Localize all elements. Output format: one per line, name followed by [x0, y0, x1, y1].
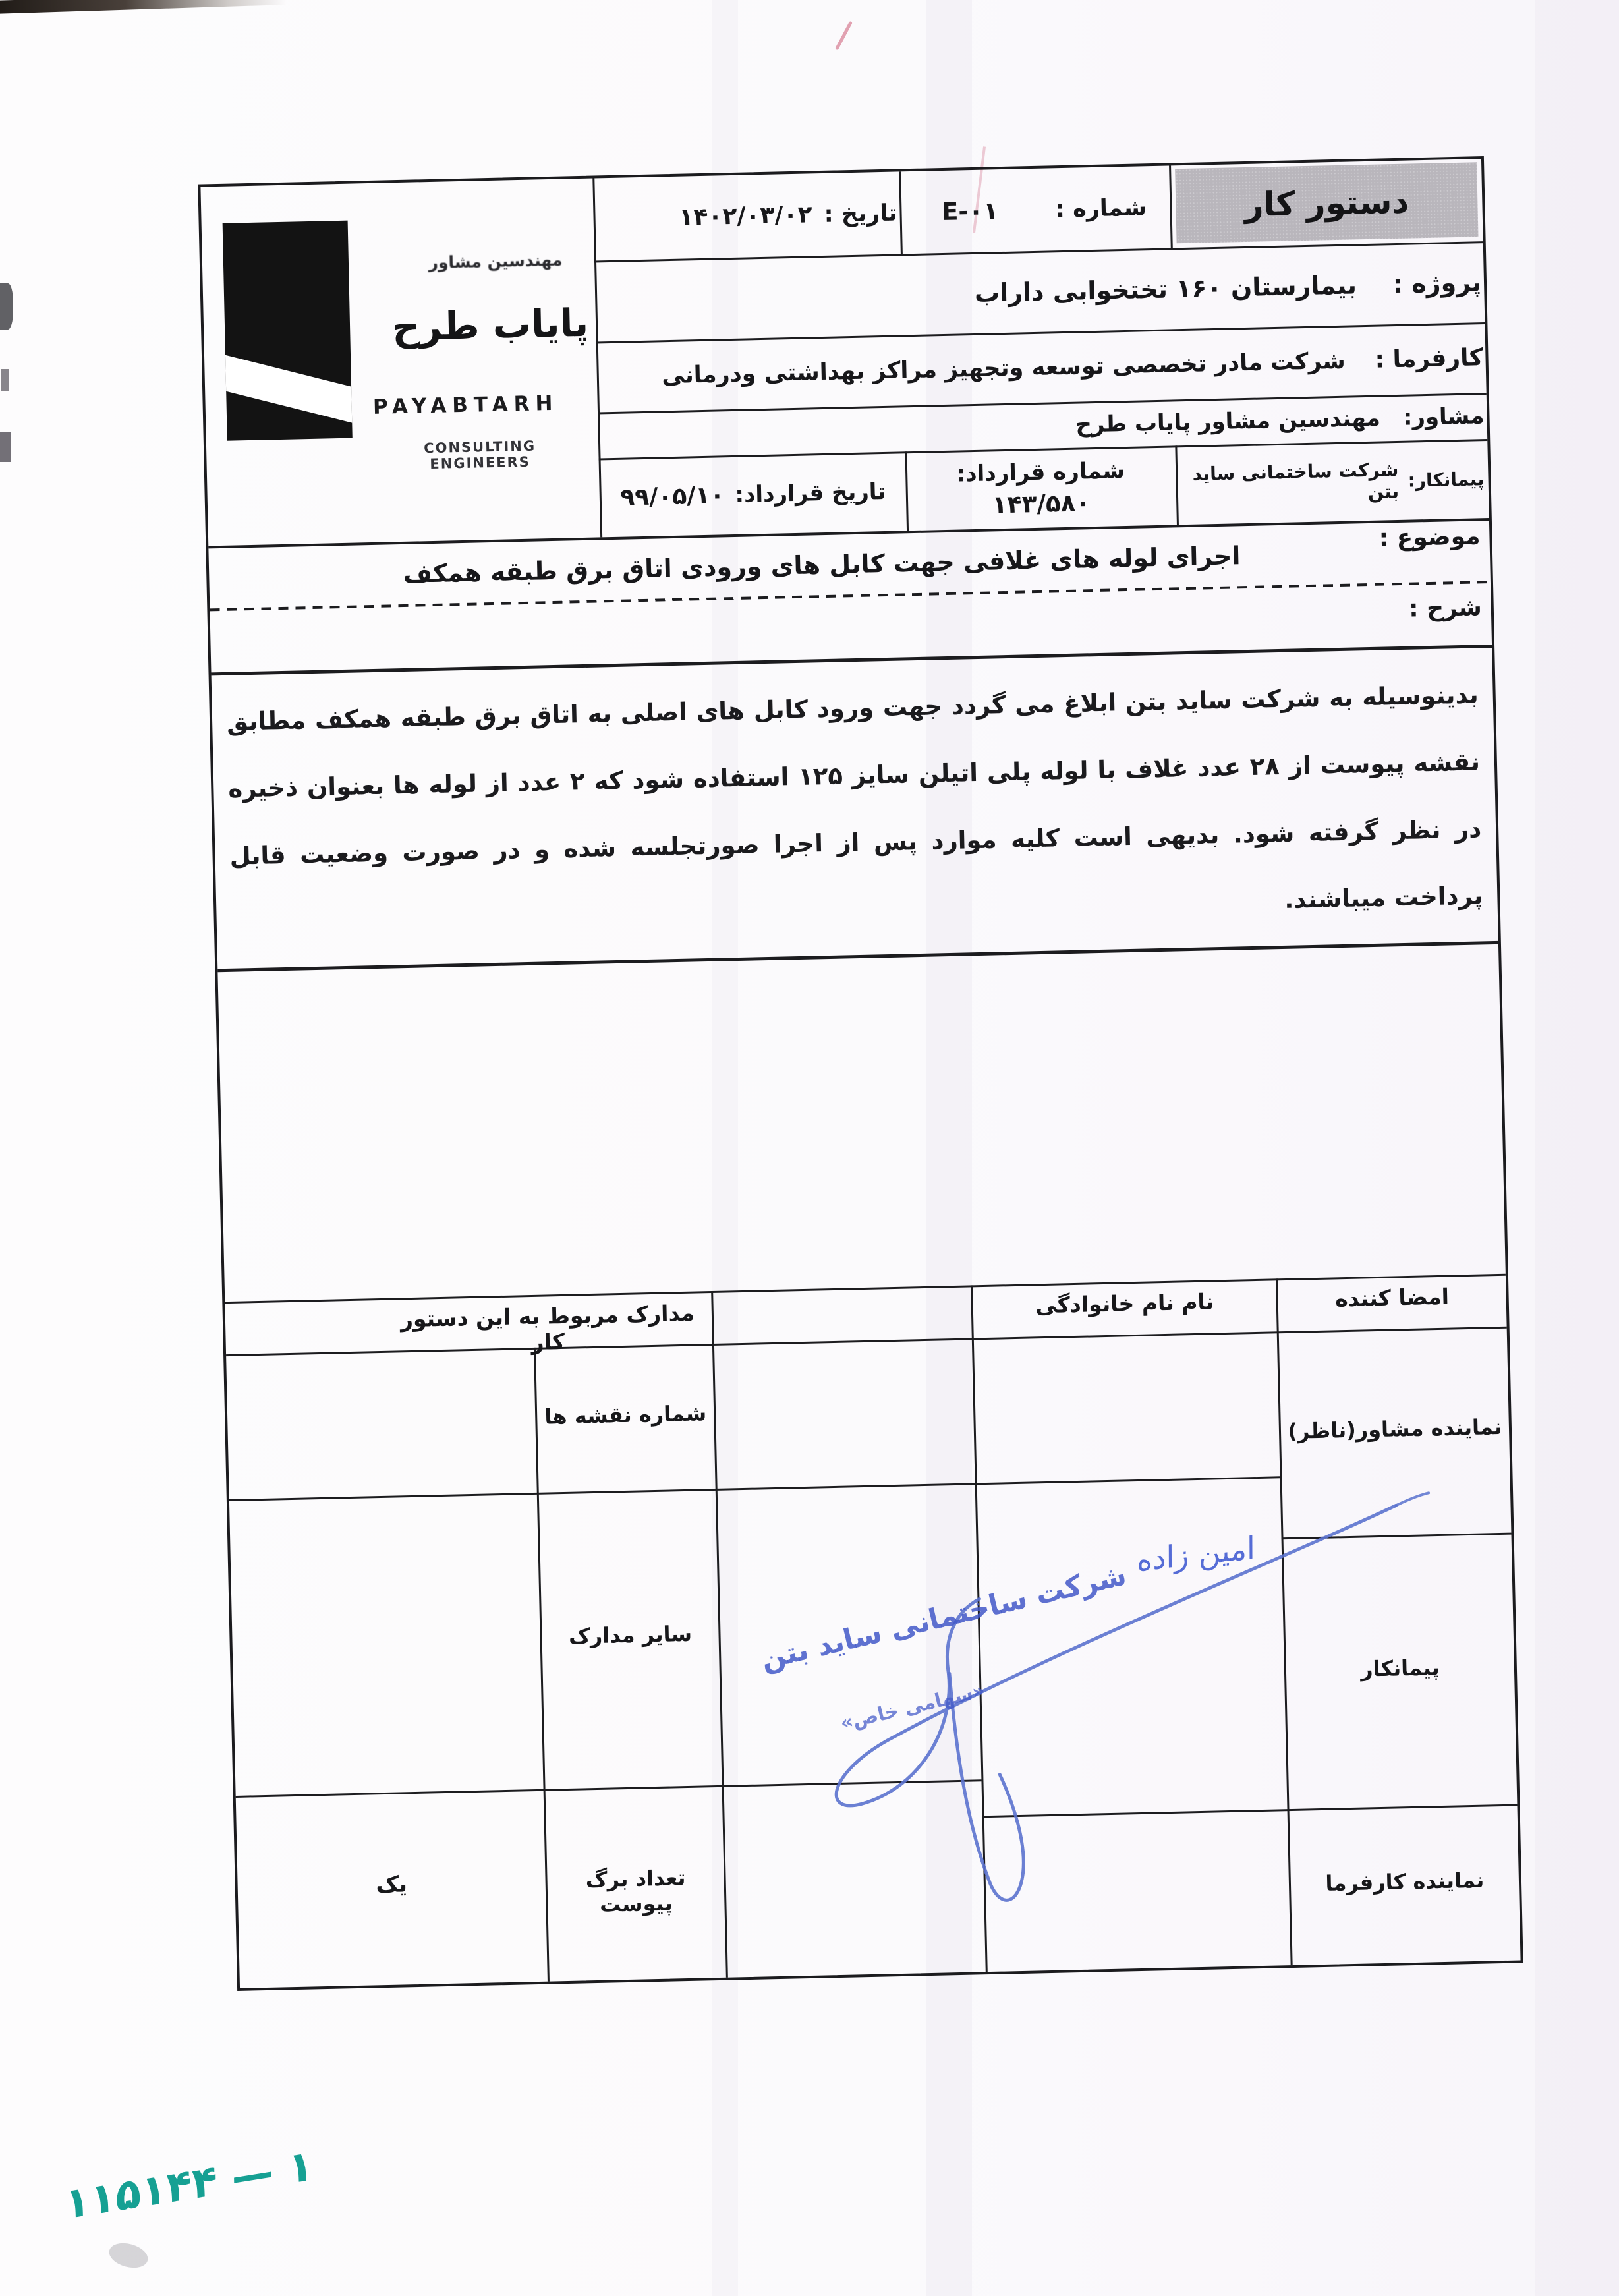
red-scratch-mark [835, 21, 853, 51]
scan-band-right-tint [1535, 0, 1619, 2296]
doc-value-attachment-count: یک [237, 1868, 546, 1901]
contract-date-value: ۹۹/۰۵/۱۰ [620, 482, 725, 511]
contract-date-label: تاریخ قرارداد: [735, 478, 886, 508]
client-value: شرکت مادر تخصصی توسعه وتجهیز مراکز بهداش… [662, 347, 1346, 389]
consultant-value: مهندسین مشاور پایاب طرح [1075, 405, 1380, 438]
number-value: E-۰۱ [942, 196, 999, 226]
number-label: شماره : [1055, 194, 1147, 223]
logo-latin-sub: CONSULTING ENGINEERS [371, 437, 589, 473]
edge-fragment [1, 369, 9, 391]
doc-value-drawing-numbers [227, 1404, 535, 1411]
contract-date-cell: تاریخ قرارداد: ۹۹/۰۵/۱۰ [602, 451, 905, 537]
consultant-label: مشاور: [1403, 403, 1485, 431]
number-cell: شماره : E-۰۱ [904, 165, 1184, 254]
notes-empty-area [217, 944, 1505, 1302]
doc-label-drawing-numbers: شماره نقشه ها [537, 1400, 714, 1429]
handwritten-ref-number: ۱۱۵۱۴۴ — ۱ [65, 2127, 404, 2229]
contract-number-label: شماره قرارداد: [956, 457, 1125, 488]
signature-scribble [650, 1431, 1465, 1995]
contractor-label: پیمانکار: [1407, 468, 1485, 492]
project-value: بیمارستان ۱۶۰ تختخوابی داراب [974, 270, 1357, 308]
page-title: دستور کار [1244, 182, 1409, 223]
grid-line [1175, 445, 1179, 525]
edge-fragment [0, 432, 11, 462]
description-paragraph: بدینوسیله به شرکت ساید بتن ابلاغ می گردد… [226, 661, 1483, 956]
date-label: تاریخ : [824, 200, 897, 227]
description-label: شرح : [1273, 594, 1482, 625]
project-label: پروژه : [1392, 268, 1481, 299]
docs-column-header: مدارک مربوط به این دستور کار [383, 1300, 713, 1358]
signer-column-header: امضا کننده [1278, 1282, 1506, 1313]
date-cell: تاریخ : ۱۴۰۲/۰۳/۰۲ [596, 171, 915, 260]
edge-fragment [0, 283, 13, 330]
contractor-cell: پیمانکار: شرکت ساختمانی ساید بتن [1180, 439, 1491, 525]
work-order-form: دستور کار شماره : E-۰۱ تاریخ : ۱۴۰۲/۰۳/۰… [198, 156, 1523, 1991]
subject-value: اجرای لوله های غلافی جهت کابل های ورودی … [374, 540, 1270, 589]
contract-number-cell: شماره قرارداد: ۱۴۳/۵۸۰ [908, 445, 1174, 531]
logo-latin-name: PAYABTARH [356, 391, 575, 419]
name-column-header: نام نام خانوادگی [973, 1287, 1276, 1319]
subject-label: موضوع : [1272, 523, 1481, 554]
doc-value-other-documents [232, 1624, 540, 1631]
client-label: کارفرما : [1375, 344, 1483, 374]
bottom-smudge [106, 2239, 150, 2272]
scan-streak-top-left [0, 0, 287, 14]
contractor-value: شرکت ساختمانی ساید بتن [1181, 459, 1400, 507]
logo-fa-small: مهندسین مشاور [400, 250, 592, 273]
work-order-title-cell: دستور کار [1175, 162, 1478, 243]
scanned-work-order-page: دستور کار شماره : E-۰۱ تاریخ : ۱۴۰۲/۰۳/۰… [0, 0, 1619, 2296]
payabtarh-logo-mark [223, 221, 356, 441]
logo-fa-large: پایاب طرح [387, 301, 592, 350]
contract-number-value: ۱۴۳/۵۸۰ [992, 488, 1091, 519]
date-value: ۱۴۰۲/۰۳/۰۲ [679, 201, 812, 231]
